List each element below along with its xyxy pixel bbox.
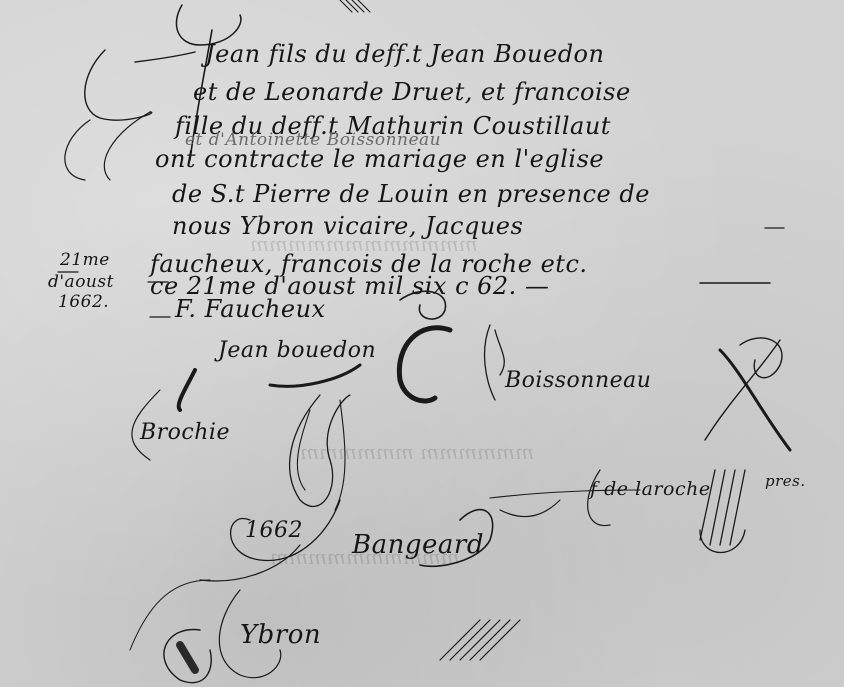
- entry-line-6: de S.t Pierre de Louin en presence de: [172, 180, 650, 208]
- entry-line-5: ont contracte le mariage en l'eglise: [155, 145, 604, 173]
- entry-line-2: et de Leonarde Druet, et francoise: [193, 78, 631, 106]
- signature-bangeard: Bangeard: [352, 530, 484, 560]
- entry-signature-faucheux: F. Faucheux: [175, 295, 326, 323]
- signature-de-laroche: f de laroche: [590, 478, 711, 500]
- signature-brochier: Brochie: [140, 420, 230, 445]
- signature-pretre: pres.: [765, 472, 806, 490]
- entry-line-7: nous Ybron vicaire, Jacques: [172, 212, 523, 240]
- margin-date-month: d'aoust: [48, 272, 114, 292]
- margin-date-day: 21me: [60, 250, 110, 270]
- margin-date-year: 1662.: [58, 292, 109, 312]
- signature-jean-bouedon: Jean bouedon: [218, 338, 376, 363]
- signature-ybron: Ybron: [240, 620, 321, 650]
- register-page: mmmmmmmmmmmm mmmmmmmmmm mmmmmm mmmmmm: [0, 0, 844, 687]
- signature-year-1662: 1662: [245, 518, 303, 543]
- signature-boissonneau: Boissonneau: [505, 368, 651, 393]
- entry-line-1: Jean fils du deff.t Jean Bouedon: [205, 40, 604, 68]
